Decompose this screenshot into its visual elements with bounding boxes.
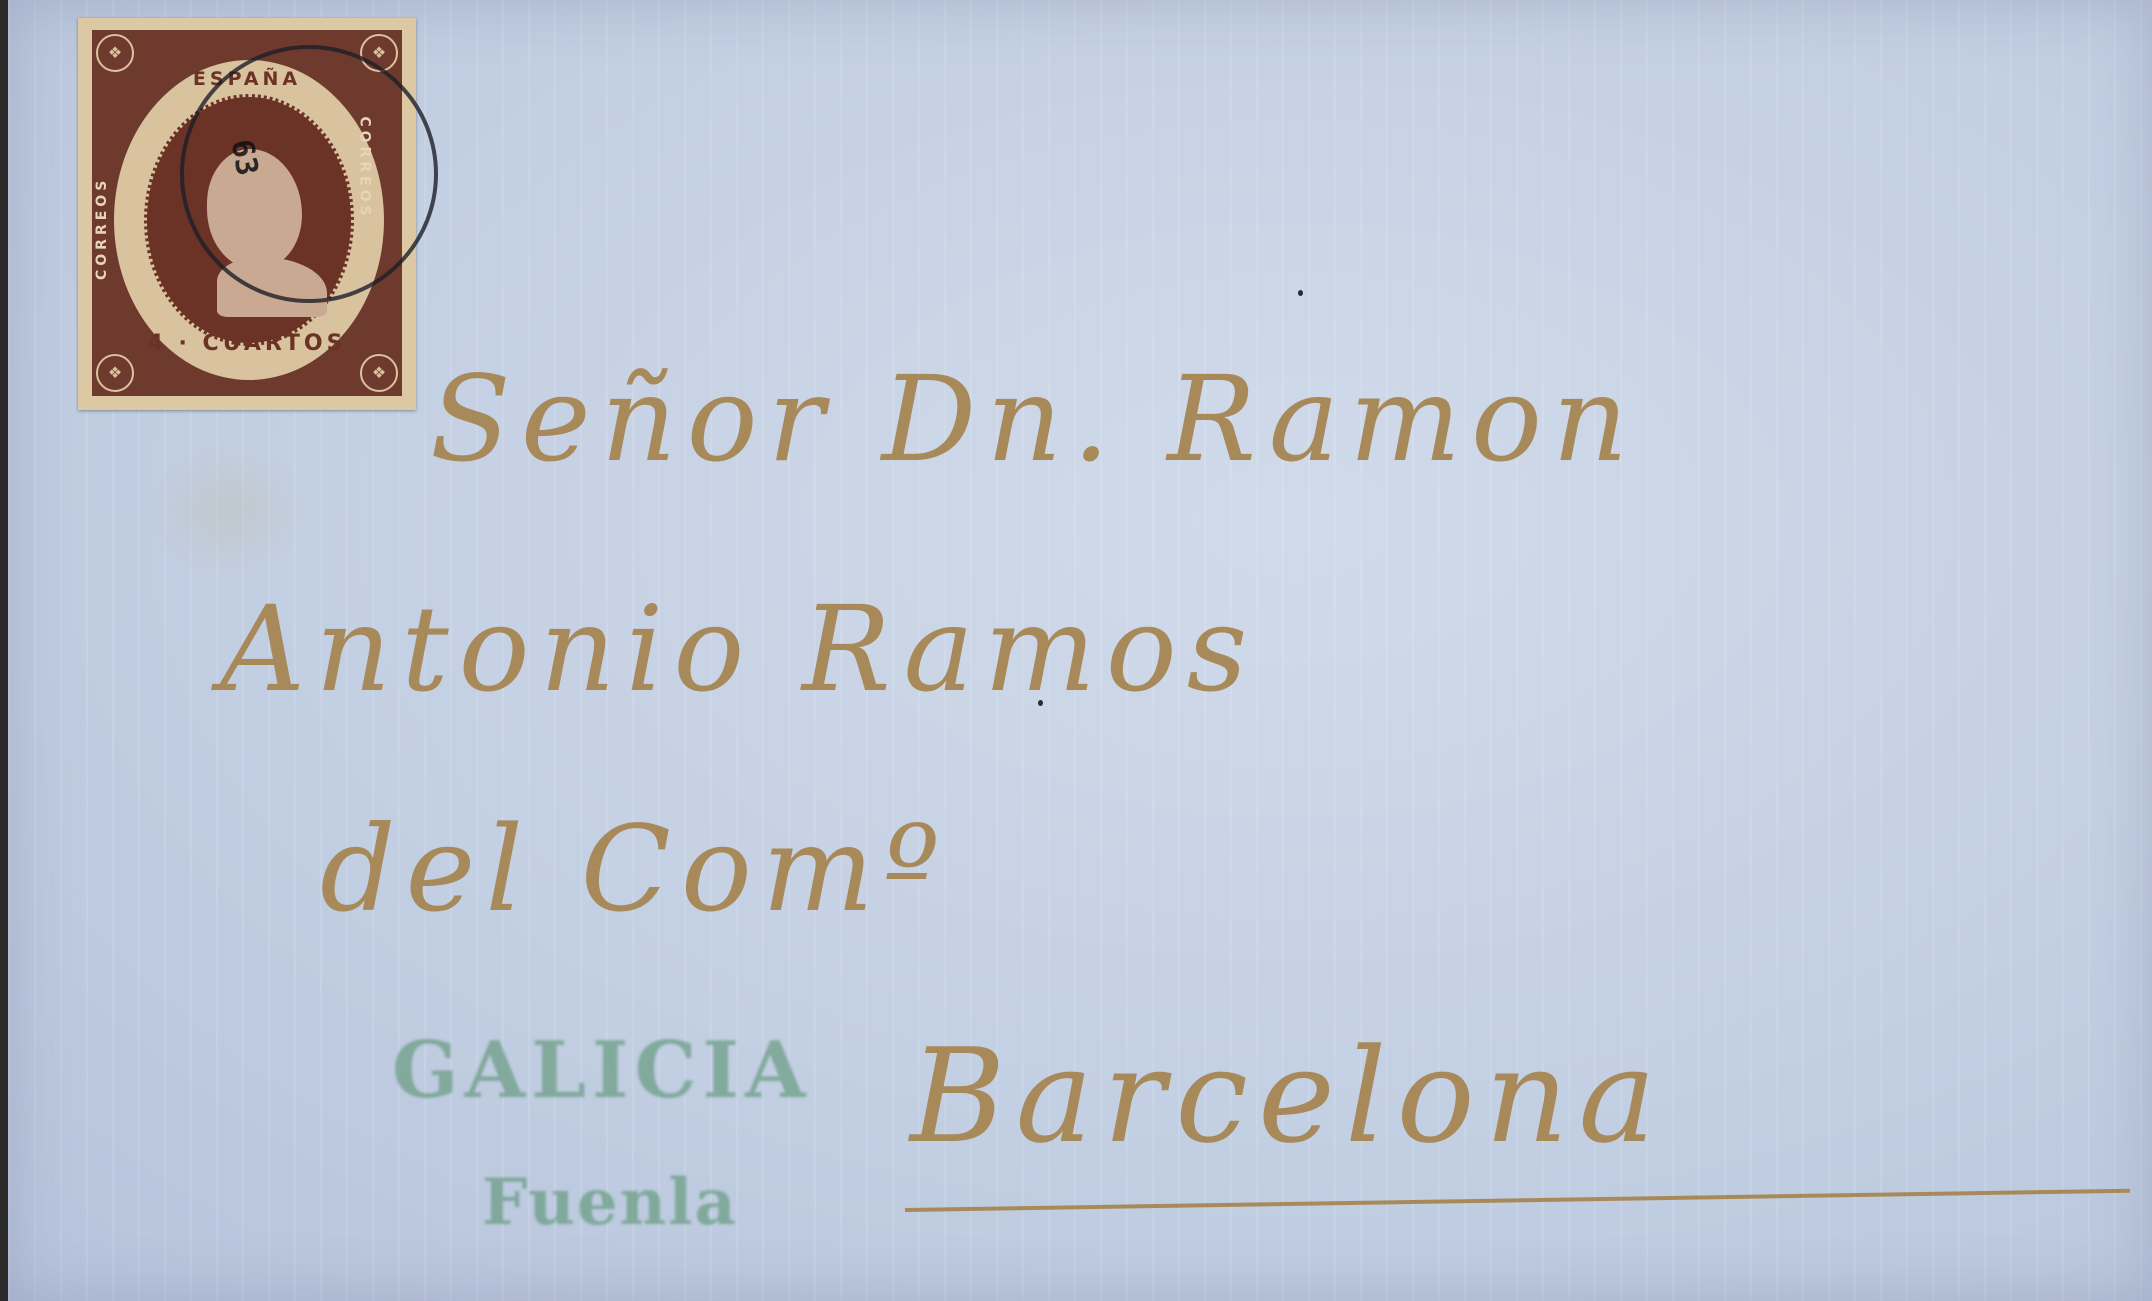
address-line-3: del Comº (320, 800, 949, 938)
handstamp-region: GALICIA (392, 1025, 812, 1116)
corner-ornament-icon: ❖ (360, 354, 398, 392)
circular-postmark (180, 45, 438, 303)
paper-stain (148, 440, 308, 580)
corner-ornament-icon: ❖ (96, 354, 134, 392)
address-city: Barcelona (910, 1020, 1666, 1172)
corner-ornament-icon: ❖ (96, 34, 134, 72)
address-line-2: Antonio Ramos (220, 580, 1257, 718)
stamp-side-left: CORREOS (94, 177, 110, 280)
ink-speck (1298, 290, 1303, 296)
stamp-value: 4 · CUARTOS (92, 331, 402, 356)
address-line-1: Señor Dn. Ramon (430, 350, 1638, 488)
postmark-date: 63 (224, 137, 265, 179)
handstamp-town: Fuenla (482, 1165, 738, 1240)
